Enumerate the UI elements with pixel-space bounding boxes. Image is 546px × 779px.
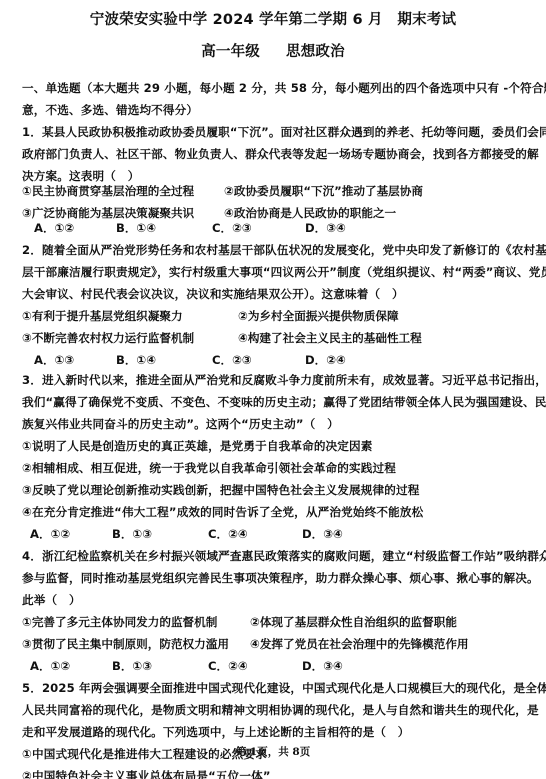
question-stem-line: 大会审议、村民代表会议决议，决议和实施结果双公开）。这意味着（ ）: [22, 286, 528, 302]
question-stem-line: 决方案。这表明（ ）: [22, 168, 528, 184]
choice-b[interactable]: B．①④: [116, 352, 156, 368]
choice-d[interactable]: D．③④: [302, 526, 343, 542]
statement-option: ①有利于提升基层党组织凝聚力: [22, 308, 183, 324]
choice-a[interactable]: A．①②: [34, 220, 74, 236]
statement-option: ③广泛协商能为基层决策凝聚共识: [22, 205, 194, 221]
question-stem-line: 4．浙江纪检监察机关在乡村振兴领域严查惠民政策落实的腐败问题，建立“村级监督工作…: [22, 548, 528, 564]
question-stem-line: 走和平发展道路的现代化。下列选项中，与上述论断的主旨相符的是（ ）: [22, 724, 528, 740]
choice-d[interactable]: D．③④: [302, 658, 343, 674]
question-stem-line: 我们“赢得了确保党不变质、不变色、不变味的历史主动；赢得了党团结带领全体人民为强…: [22, 394, 528, 410]
statement-option: ②为乡村全面振兴提供物质保障: [238, 308, 399, 324]
statement-option: ③贯彻了民主集中制原则，防范权力滥用: [22, 636, 229, 652]
choice-b[interactable]: B．①④: [116, 220, 156, 236]
question-stem-line: 族复兴伟业共同奋斗的历史主动”。这两个“历史主动”（ ）: [22, 416, 528, 432]
statement-option: ②体现了基层群众性自治组织的监督职能: [250, 614, 457, 630]
question-stem-line: 人民共同富裕的现代化，是物质文明和精神文明相协调的现代化，是人与自然和谐共生的现…: [22, 702, 528, 718]
section-header-line-1: 一、单选题（本大题共 29 小题，每小题 2 分，共 58 分，每小题列出的四个…: [22, 80, 528, 96]
choice-d[interactable]: D．②④: [305, 352, 346, 368]
statement-option: ①民主协商贯穿基层治理的全过程: [22, 183, 194, 199]
statement-option: ①说明了人民是创造历史的真正英雄，是党勇于自我革命的决定因素: [22, 438, 528, 454]
choice-b[interactable]: B．①③: [112, 526, 152, 542]
choice-c[interactable]: C．②④: [208, 658, 248, 674]
statement-option: ④政治协商是人民政协的职能之一: [224, 205, 396, 221]
statement-option: ②相辅相成、相互促进，统一于我党以自我革命引领社会革命的实践过程: [22, 460, 528, 476]
statement-option: ④发挥了党员在社会治理中的先锋模范作用: [250, 636, 469, 652]
grade-label: 高一年级: [201, 40, 260, 61]
choice-c[interactable]: C．②③: [212, 352, 252, 368]
statement-option: ③反映了党以理论创新推动实践创新，把握中国特色社会主义发展规律的过程: [22, 482, 528, 498]
choice-a[interactable]: A．①②: [30, 526, 70, 542]
choice-a[interactable]: A．①②: [30, 658, 70, 674]
choice-a[interactable]: A．①③: [34, 352, 74, 368]
choice-c[interactable]: C．②③: [212, 220, 252, 236]
question-stem-line: 3．进入新时代以来，推进全面从严治党和反腐败斗争力度前所未有，成效显著。习近平总…: [22, 372, 528, 388]
exam-page: 宁波荣安实验中学 2024 学年第二学期 6 月 期末考试 高一年级思想政治 一…: [0, 0, 546, 779]
page-footer: 第 1页，共 8页: [0, 744, 546, 759]
statement-option: ②政协委员履职“下沉”推动了基层协商: [224, 183, 423, 199]
exam-subtitle: 高一年级思想政治: [0, 40, 546, 61]
question-stem-line: 1．某县人民政协积极推动政协委员履职“下沉”。面对社区群众遇到的养老、托幼等问题…: [22, 124, 528, 140]
statement-option: ③不断完善农村权力运行监督机制: [22, 330, 194, 346]
choice-d[interactable]: D．③④: [305, 220, 346, 236]
section-header-line-2: 意，不选、多选、错选均不得分）: [22, 102, 528, 118]
question-stem-line: 此举（ ）: [22, 592, 528, 608]
statement-option: ④构建了社会主义民主的基础性工程: [238, 330, 422, 346]
question-stem-line: 5．2025 年两会强调要全面推进中国式现代化建设，中国式现代化是人口规模巨大的…: [22, 680, 528, 696]
statement-option: ④在充分肯定推进“伟大工程”成效的同时告诉了全党，从严治党始终不能放松: [22, 504, 528, 520]
question-stem-line: 2．随着全面从严治党形势任务和农村基层干部队伍状况的发展变化，党中央印发了新修订…: [22, 242, 528, 258]
question-stem-line: 政府部门负责人、社区干部、物业负责人、群众代表等发起一场场专题协商会，找到各方都…: [22, 146, 528, 162]
question-stem-line: 层干部廉洁履行职责规定》，实行村级重大事项“四议两公开”制度（党组织提议、村“两…: [22, 264, 528, 280]
statement-option: ②中国特色社会主义事业总体布局是“五位一体”: [22, 768, 528, 779]
subject-label: 思想政治: [286, 40, 345, 61]
choice-c[interactable]: C．②④: [208, 526, 248, 542]
question-stem-line: 参与监督，同时推动基层党组织完善民生事项决策程序，助力群众操心事、烦心事、揪心事…: [22, 570, 528, 586]
choice-b[interactable]: B．①③: [112, 658, 152, 674]
exam-title: 宁波荣安实验中学 2024 学年第二学期 6 月 期末考试: [0, 8, 546, 29]
statement-option: ①完善了多元主体协同发力的监督机制: [22, 614, 217, 630]
